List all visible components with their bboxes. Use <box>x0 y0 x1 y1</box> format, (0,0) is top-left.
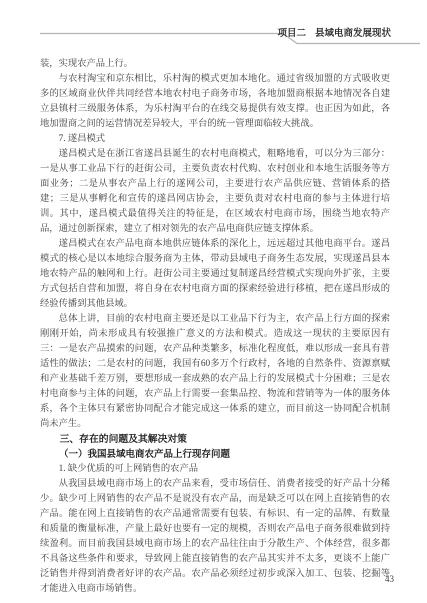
document-page: 项目二县域电商发展现状 装，实现农产品上行。 与农村淘宝和京东相比，乐村淘的模式… <box>0 0 427 603</box>
subsection-heading: （一）我国县域电商农产品上行现存问题 <box>40 447 390 462</box>
paragraph: 从我国县域电商市场上的农产品来看，受市场信任、消费者接受的好产品十分稀少。缺少可… <box>40 477 390 597</box>
chapter-label: 项目二 <box>277 28 306 39</box>
header-rule-line <box>0 0 427 50</box>
paragraph: 遂昌模式在农产品电商本地供应链体系的深化上，远远超过其他电商平台。遂昌模式的核心… <box>40 237 390 312</box>
paragraph: 遂昌模式是在浙江省遂昌县诞生的农村电商模式，粗略地看，可以分为三部分：一是从事工… <box>40 147 390 237</box>
numbered-subheading: 7. 遂昌模式 <box>40 132 390 147</box>
running-head: 项目二县域电商发展现状 <box>277 28 391 40</box>
paragraph: 总体上讲，目前的农村电商主要还是以工业品下行为主，农产品上行方面的探索刚刚开始，… <box>40 312 390 432</box>
chapter-title: 县域电商发展现状 <box>315 28 391 39</box>
numbered-subheading: 1. 缺少优质的可上网销售的农产品 <box>40 462 390 477</box>
section-heading: 三、存在的问题及其解决对策 <box>40 432 390 447</box>
body-text-column: 装，实现农产品上行。 与农村淘宝和京东相比，乐村淘的模式更加本地化。通过省级加盟… <box>40 57 390 597</box>
paragraph-continuation: 装，实现农产品上行。 <box>40 57 390 72</box>
paragraph: 与农村淘宝和京东相比，乐村淘的模式更加本地化。通过省级加盟的方式吸收更多的区域商… <box>40 72 390 132</box>
page-number: 43 <box>385 574 394 584</box>
